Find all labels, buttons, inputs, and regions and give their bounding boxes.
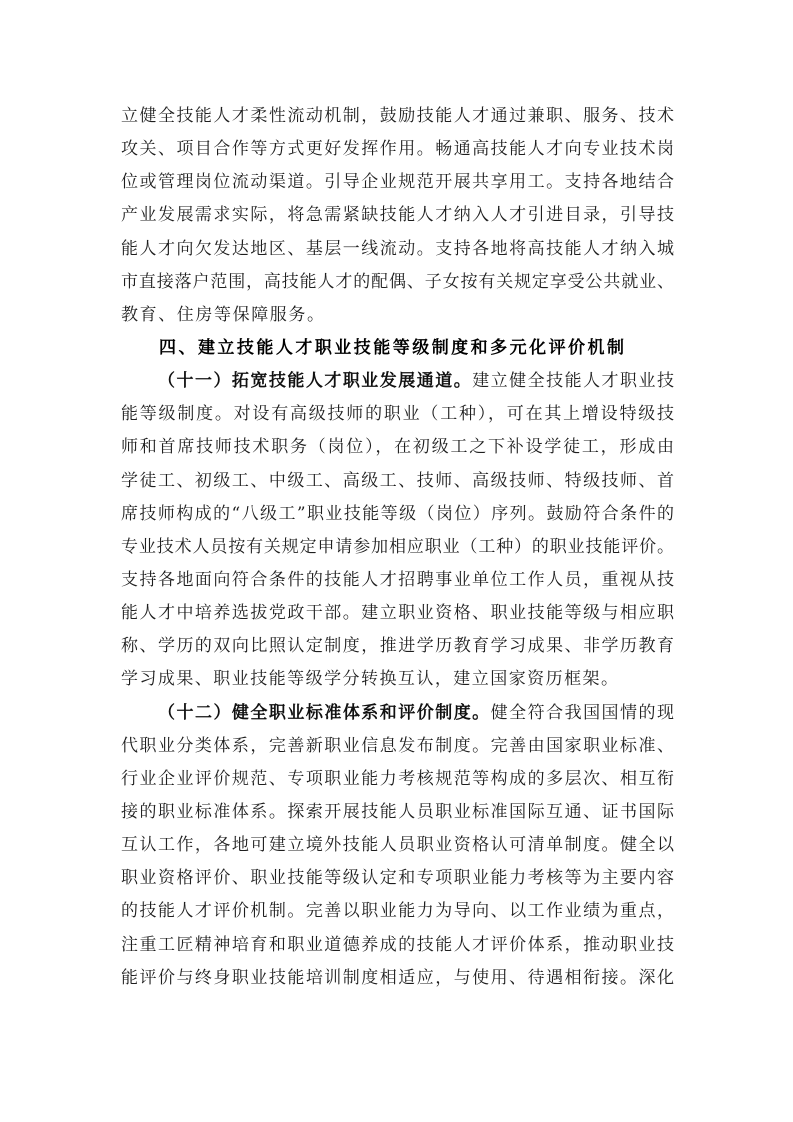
text-line: 代职业分类体系，完善新职业信息发布制度。完善由国家职业标准、 xyxy=(121,730,674,763)
document-page: 立健全技能人才柔性流动机制，鼓励技能人才通过兼职、服务、技术 攻关、项目合作等方… xyxy=(0,0,793,1122)
text-line: 立健全技能人才柔性流动机制，鼓励技能人才通过兼职、服务、技术 xyxy=(121,100,674,133)
text-line: 的技能人才评价机制。完善以职业能力为导向、以工作业绩为重点， xyxy=(121,895,674,928)
text-line: 能评价与终身职业技能培训制度相适应，与使用、待遇相衔接。深化 xyxy=(121,962,674,995)
section-heading: 四、建立技能人才职业技能等级制度和多元化评价机制 xyxy=(121,332,624,365)
text-line: 位或管理岗位流动渠道。引导企业规范开展共享用工。支持各地结合 xyxy=(121,166,674,199)
text-line: 互认工作，各地可建立境外技能人员职业资格认可清单制度。健全以 xyxy=(121,829,674,862)
text-line: 专业技术人员按有关规定申请参加相应职业（工种）的职业技能评价。 xyxy=(121,531,674,564)
text-line: 师和首席技师技术职务（岗位），在初级工之下补设学徒工，形成由 xyxy=(121,431,674,464)
document-body: 立健全技能人才柔性流动机制，鼓励技能人才通过兼职、服务、技术 攻关、项目合作等方… xyxy=(121,100,674,995)
text-line: 学习成果、职业技能等级学分转换互认，建立国家资历框架。 xyxy=(121,663,618,696)
section-11-first-line: （十一）拓宽技能人才职业发展通道。建立健全技能人才职业技 xyxy=(121,365,674,398)
section-12-first-line: （十二）健全职业标准体系和评价制度。健全符合我国国情的现 xyxy=(121,697,674,730)
text-line: 能人才向欠发达地区、基层一线流动。支持各地将高技能人才纳入城 xyxy=(121,233,674,266)
section-12-text: 健全符合我国国情的现 xyxy=(491,703,674,723)
section-11-title: （十一）拓宽技能人才职业发展通道。 xyxy=(158,371,472,391)
text-line: 职业资格评价、职业技能等级认定和专项职业能力考核等为主要内容 xyxy=(121,862,674,895)
text-line: 市直接落户范围，高技能人才的配偶、子女按有关规定享受公共就业、 xyxy=(121,266,674,299)
text-line: 席技师构成的“八级工”职业技能等级（岗位）序列。鼓励符合条件的 xyxy=(121,498,674,531)
text-line: 行业企业评价规范、专项职业能力考核规范等构成的多层次、相互衔 xyxy=(121,763,674,796)
text-line: 攻关、项目合作等方式更好发挥作用。畅通高技能人才向专业技术岗 xyxy=(121,133,674,166)
text-line: 注重工匠精神培育和职业道德养成的技能人才评价体系，推动职业技 xyxy=(121,929,674,962)
text-line: 学徒工、初级工、中级工、高级工、技师、高级技师、特级技师、首 xyxy=(121,465,674,498)
section-11-text: 建立健全技能人才职业技 xyxy=(472,371,674,391)
text-line: 教育、住房等保障服务。 xyxy=(121,299,324,332)
section-12-title: （十二）健全职业标准体系和评价制度。 xyxy=(158,703,491,723)
text-line: 产业发展需求实际，将急需紧缺技能人才纳入人才引进目录，引导技 xyxy=(121,199,674,232)
text-line: 接的职业标准体系。探索开展技能人员职业标准国际互通、证书国际 xyxy=(121,796,674,829)
text-line: 能人才中培养选拔党政干部。建立职业资格、职业技能等级与相应职 xyxy=(121,597,674,630)
text-line: 称、学历的双向比照认定制度，推进学历教育学习成果、非学历教育 xyxy=(121,630,674,663)
text-line: 支持各地面向符合条件的技能人才招聘事业单位工作人员，重视从技 xyxy=(121,564,674,597)
text-line: 能等级制度。对设有高级技师的职业（工种），可在其上增设特级技 xyxy=(121,398,674,431)
